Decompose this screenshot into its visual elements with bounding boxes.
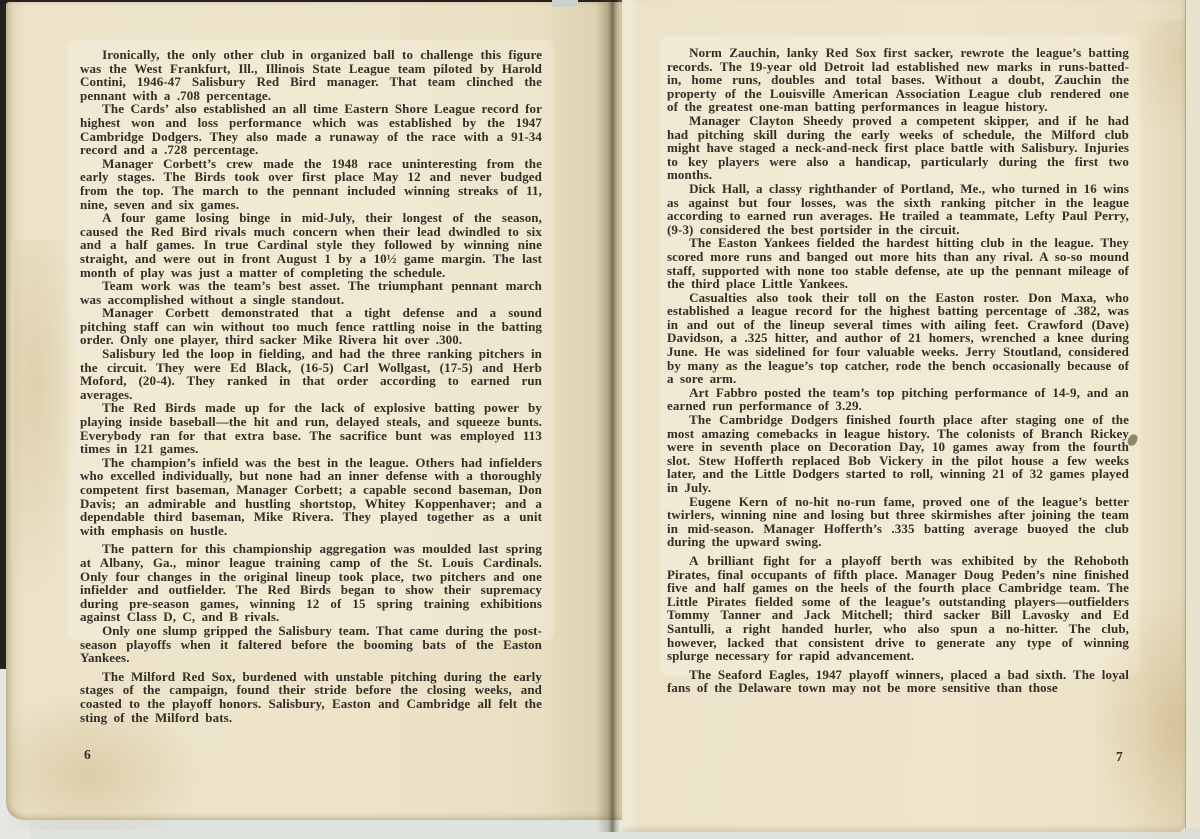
paragraph: Manager Clayton Sheedy proved a competen… xyxy=(667,114,1129,182)
paragraph: Manager Corbett demonstrated that a tigh… xyxy=(80,306,542,347)
paragraph: The Cards’ also established an all time … xyxy=(80,102,542,156)
paragraph: The Cambridge Dodgers finished fourth pl… xyxy=(667,413,1129,495)
page-right-text-column: Norm Zauchin, lanky Red Sox first sacker… xyxy=(667,46,1129,695)
paragraph: The Milford Red Sox, burdened with unsta… xyxy=(80,670,542,724)
paragraph: The champion’s infield was the best in t… xyxy=(80,456,542,538)
paragraph: A four game losing binge in mid-July, th… xyxy=(80,211,542,279)
underlying-page-edge xyxy=(1185,0,1200,828)
paragraph: Norm Zauchin, lanky Red Sox first sacker… xyxy=(667,46,1129,114)
paragraph: Salisbury led the loop in fielding, and … xyxy=(80,347,542,401)
paragraph: Eugene Kern of no-hit no-run fame, prove… xyxy=(667,495,1129,549)
page-number-left: 6 xyxy=(84,747,91,763)
paragraph: Team work was the team’s best asset. The… xyxy=(80,279,542,306)
paragraph: Ironically, the only other club in organ… xyxy=(80,48,542,102)
paragraph: The Red Birds made up for the lack of ex… xyxy=(80,401,542,455)
paragraph: The Easton Yankees fielded the hardest h… xyxy=(667,236,1129,290)
paragraph: Casualties also took their toll on the E… xyxy=(667,291,1129,386)
paragraph: Manager Corbett’s crew made the 1948 rac… xyxy=(80,157,542,211)
paragraph: Art Fabbro posted the team’s top pitchin… xyxy=(667,386,1129,413)
gutter-top-notch xyxy=(552,0,578,7)
page-number-right: 7 xyxy=(1116,749,1123,765)
paragraph: The pattern for this championship aggreg… xyxy=(80,542,542,624)
paragraph: Only one slump gripped the Salisbury tea… xyxy=(80,624,542,665)
paragraph: Dick Hall, a classy righthander of Portl… xyxy=(667,182,1129,236)
page-left-text-column: Ironically, the only other club in organ… xyxy=(80,48,542,724)
paragraph: A brilliant fight for a playoff berth wa… xyxy=(667,554,1129,663)
paragraph: The Seaford Eagles, 1947 playoff winners… xyxy=(667,668,1129,695)
book-scan: Ironically, the only other club in organ… xyxy=(0,0,1200,839)
